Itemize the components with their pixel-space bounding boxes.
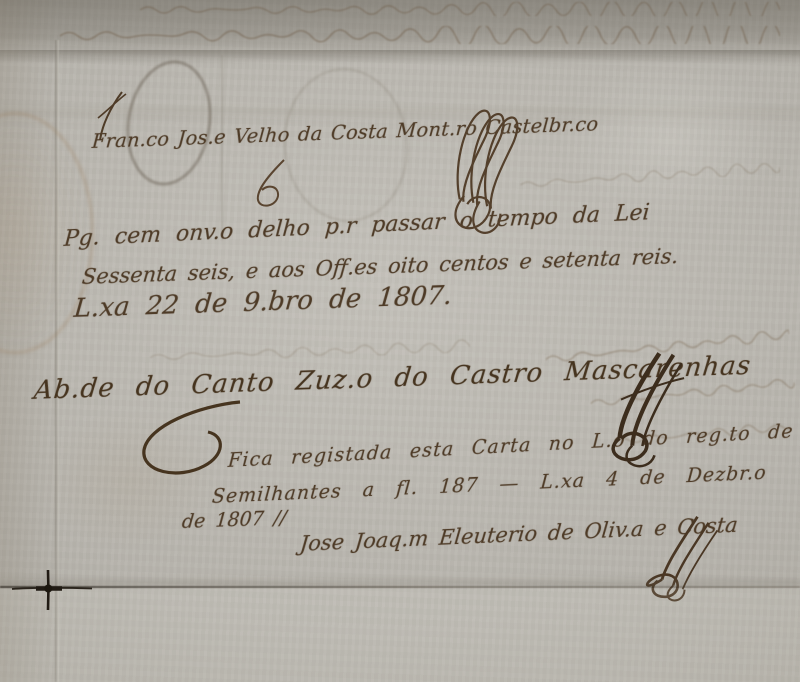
pen-stroke-mark: [92, 88, 132, 143]
bleedthrough-text-row: [60, 26, 780, 44]
bleedthrough-text-row: [520, 159, 780, 191]
fee-note-1: Pg. cem onv.o delho p.r passar o tempo d…: [63, 200, 651, 252]
top-crease: [0, 50, 800, 64]
descender-loop-mark: [248, 158, 294, 210]
bleedthrough-text-row: [140, 2, 780, 16]
ink-cross-icon: [12, 568, 94, 612]
paper-highlight: [560, 60, 780, 220]
descender-loop-mark: [136, 398, 248, 484]
oval-stamp-ghost-icon: [118, 54, 221, 192]
rubric-flourish-icon: [443, 102, 532, 218]
rubric-flourish-icon: [631, 506, 726, 610]
manuscript-photo: Fran.co Jos.e Velho da Costa Mont.ro Cas…: [0, 0, 800, 682]
bleedthrough-text-row: [150, 338, 470, 363]
registration-note-3: de 1807 //: [181, 507, 288, 533]
